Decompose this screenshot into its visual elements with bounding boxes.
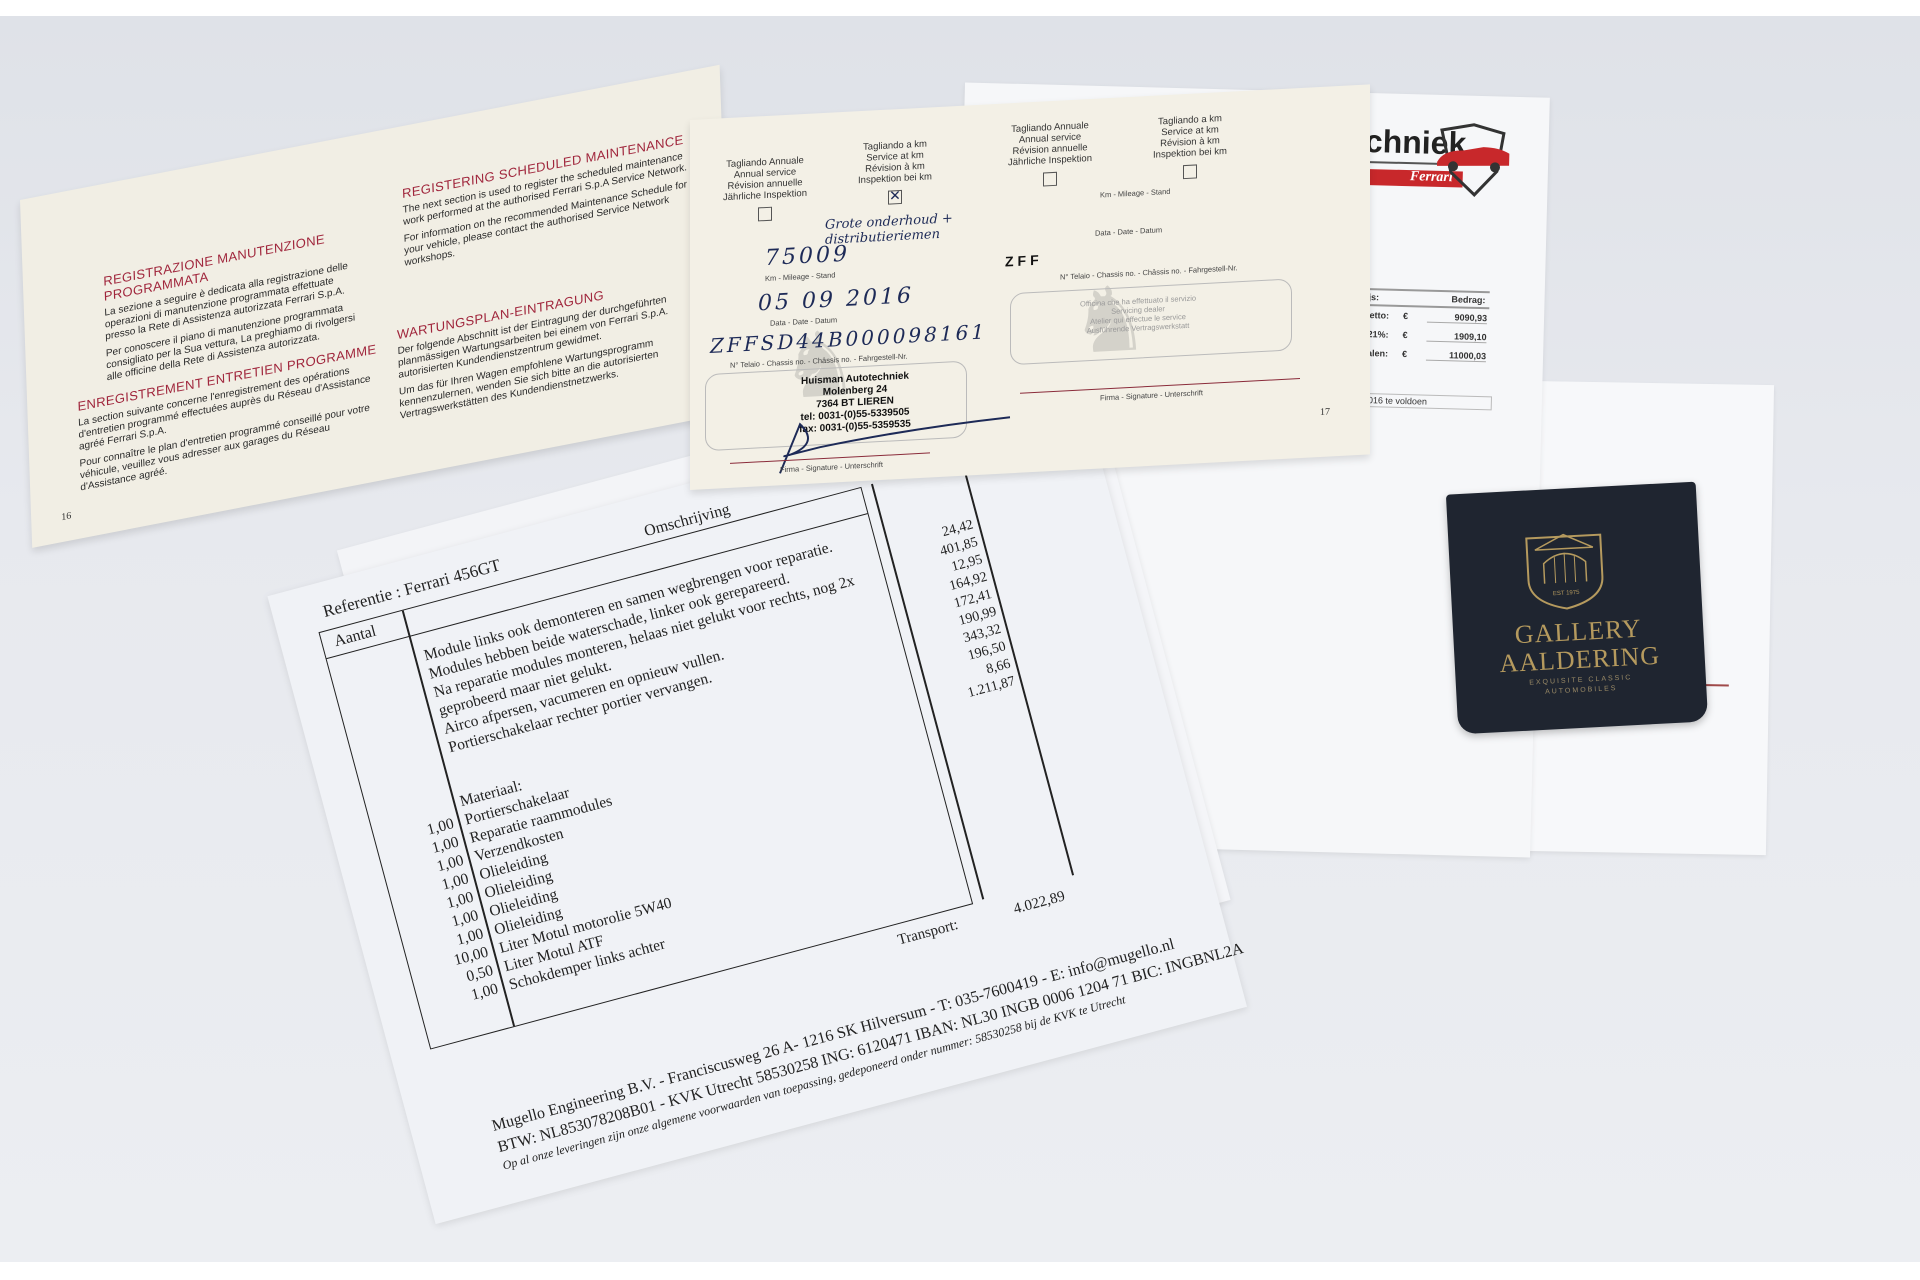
currency: € [1402, 349, 1412, 360]
photo-border-top [0, 0, 1920, 16]
service-type-label: Tagliando Annuale Annual service Révisio… [723, 155, 807, 203]
transport-value: 4.022,89 [1012, 888, 1067, 918]
gallery-aaldering-card: EST 1975 GALLERY AALDERING EXQUISITE CLA… [1446, 482, 1708, 735]
total-amount: 11000,03 [1426, 350, 1486, 363]
chassis-prefix: ZFF [1005, 252, 1043, 270]
material-list: Materiaal:1,00Portierschakelaar1,00Repar… [369, 747, 684, 1019]
ferrari-service-booklet: REGISTRAZIONE MANUTENZIONE PROGRAMMATA L… [0, 120, 1370, 540]
svg-text:EST 1975: EST 1975 [1553, 590, 1581, 597]
checkbox-km[interactable] [1183, 164, 1197, 179]
entry2-annual-service: Tagliando Annuale Annual service Révisio… [990, 108, 1110, 192]
checkbox-km-checked[interactable]: ✕ [888, 190, 902, 205]
shield-car-logo-icon [1432, 120, 1514, 202]
mileage-label: Km - Mileage - Stand [765, 270, 835, 283]
col-amount: Bedrag: [1451, 294, 1485, 305]
currency: € [1402, 330, 1412, 341]
page-number: 17 [1320, 406, 1330, 418]
currency: € [1403, 311, 1413, 322]
gallery-name: GALLERY AALDERING [1453, 611, 1706, 680]
building-crest-icon: EST 1975 [1520, 524, 1610, 612]
service-type-label: Tagliando a km Service at km Révision à … [1153, 113, 1227, 161]
total-amount: 9090,93 [1427, 312, 1487, 325]
service-type-label: Tagliando a km Service at km Révision à … [858, 139, 932, 187]
signature-label: Firma - Signature - Unterschrift [1100, 388, 1203, 402]
checkbox-annual[interactable] [1043, 172, 1057, 187]
handwritten-date: 05 09 2016 [758, 283, 914, 316]
entry1-km-service: Tagliando a km Service at km Révision à … [840, 126, 950, 207]
booklet-page-left: REGISTRAZIONE MANUTENZIONE PROGRAMMATA L… [20, 65, 732, 548]
service-type-label: Tagliando Annuale Annual service Révisio… [1008, 120, 1092, 168]
photo-border-bottom [0, 1262, 1920, 1280]
workshop-label: Officina che ha effettuato il servizio S… [1080, 293, 1196, 335]
page-number: 16 [61, 510, 71, 523]
col-quantity: Aantal [332, 623, 378, 651]
checkbox-annual[interactable] [758, 207, 772, 222]
handwritten-mileage: 75009 [765, 242, 850, 271]
entry2-km-service: Tagliando a km Service at km Révision à … [1130, 101, 1250, 185]
booklet-page-right: ♞ ♞ Tagliando Annuale Annual service Rév… [690, 84, 1370, 490]
entry1-annual-service: Tagliando Annuale Annual service Révisio… [710, 143, 820, 227]
section-german: WARTUNGSPLAN-EINTRAGUNG Der folgende Abs… [397, 269, 700, 427]
section-english: REGISTERING SCHEDULED MAINTENANCE The ne… [402, 130, 695, 274]
invoice-line-table: Aantal Omschrijving Module links ook dem… [318, 487, 973, 1050]
total-amount: 1909,10 [1426, 331, 1486, 344]
date-label: Data - Date - Datum [1095, 225, 1162, 238]
mileage-label: Km - Mileage - Stand [1100, 187, 1170, 200]
